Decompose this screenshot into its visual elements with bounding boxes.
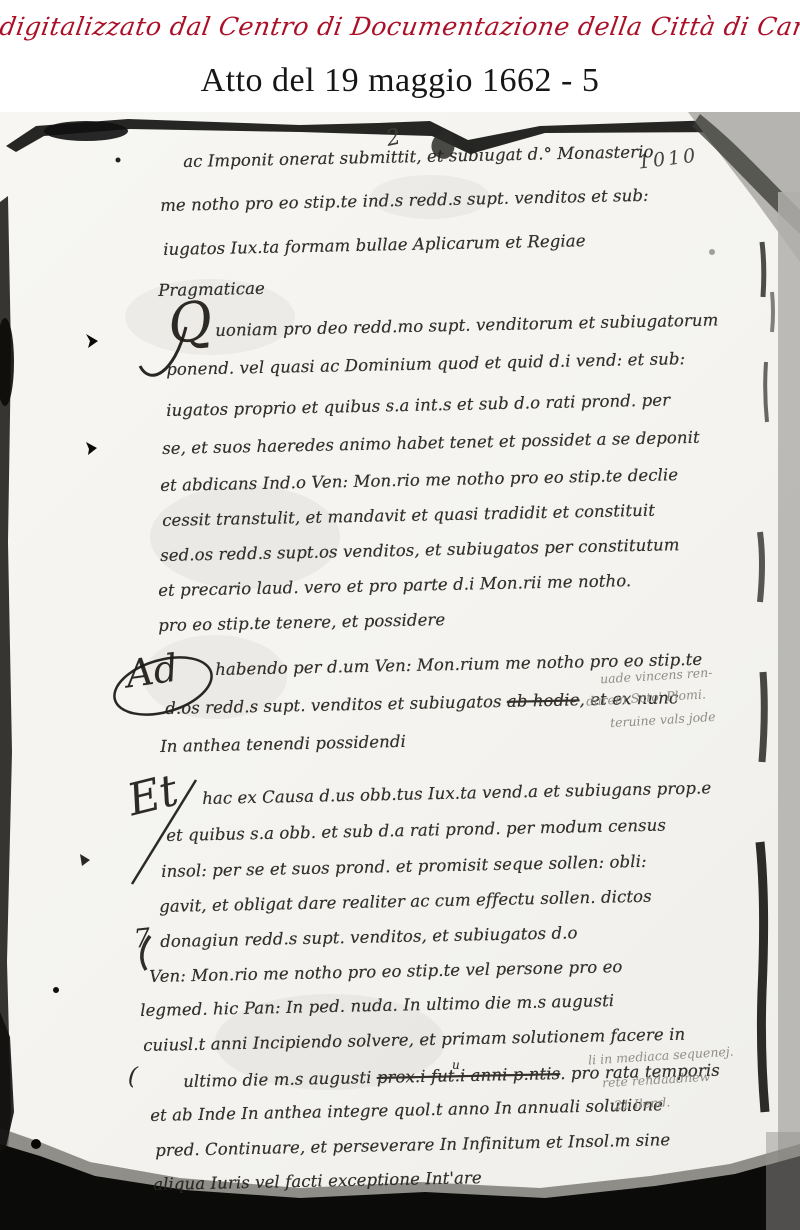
struck-text: prox.i fut.i anni p.ntis — [377, 1064, 561, 1087]
digitization-credit-line: digitalizzato dal Centro di Documentazio… — [0, 12, 800, 41]
page-title: Atto del 19 maggio 1662 - 5 — [0, 62, 800, 100]
manuscript-line: et abdicans Ind.o Ven: Mon.rio me notho … — [160, 465, 678, 495]
manuscript-line: hac ex Causa d.us obb.tus Iux.ta vend.a … — [202, 778, 711, 808]
margin-note-line: teruine vals jode — [610, 709, 716, 730]
manuscript-line: legmed. hic Pan: In ped. nuda. In ultimo… — [140, 991, 614, 1020]
manuscript-line: sed.os redd.s supt.os venditos, et subiu… — [160, 535, 680, 565]
line-segment: ultimo die m.s augusti — [183, 1068, 377, 1091]
manuscript-line: et quibus s.a obb. et sub d.a rati prond… — [166, 816, 666, 845]
manuscript-line: Ven: Mon.rio me notho pro eo stip.te vel… — [149, 957, 623, 986]
bracket-flourish: ( — [127, 1064, 138, 1089]
manuscript-line: In anthea tenendi possidendi — [160, 732, 406, 756]
manuscript-line: gavit, et obligat dare realiter ac cum e… — [159, 887, 652, 916]
manuscript-line: cessit transtulit, et mandavit et quasi … — [162, 501, 655, 530]
manuscript-line: ac Imponit onerat submittit, et subiugat… — [183, 142, 654, 171]
manuscript-line: iugatos proprio et quibus s.a int.s et s… — [166, 390, 670, 420]
paragraph-mark-flourish: 7 — [133, 925, 152, 953]
manuscript-line: pred. Continuare, et perseverare In Infi… — [155, 1130, 670, 1160]
manuscript-line: et precario laud. vero et pro parte d.i … — [158, 571, 631, 600]
manuscript-line: pro eo stip.te tenere, et possidere — [158, 610, 445, 635]
manuscript-line: me notho pro eo stip.te ind.s redd.s sup… — [160, 186, 649, 215]
manuscript-line: donagiun redd.s supt. venditos, et subiu… — [160, 923, 578, 951]
manuscript-line: uoniam pro deo redd.mo supt. venditorum … — [215, 310, 719, 340]
manuscript-line: iugatos Iux.ta formam bullae Aplicarum e… — [163, 231, 586, 259]
struck-text: ab hodie — [507, 690, 580, 711]
line-segment: d.os redd.s supt. venditos et subiugatos — [165, 692, 507, 718]
paragraph-initial-flourish: Q — [164, 293, 215, 353]
manuscript-line: et ab Inde In anthea integre quol.t anno… — [150, 1095, 663, 1125]
manuscript-line: ponend. vel quasi ac Dominium quod et qu… — [166, 349, 685, 379]
manuscript-line: aliqua Iuris vel facti exceptione Int'ar… — [153, 1168, 482, 1194]
manuscript-line: se, et suos haeredes animo habet tenet e… — [162, 428, 700, 458]
paragraph-initial-flourish: Ad — [124, 649, 181, 694]
manuscript-line: insol: per se et suos prond. et promisit… — [161, 852, 647, 881]
paragraph-initial-flourish: Et — [123, 769, 182, 824]
manuscript-scan: 2 1010 ac Impon — [0, 112, 800, 1230]
